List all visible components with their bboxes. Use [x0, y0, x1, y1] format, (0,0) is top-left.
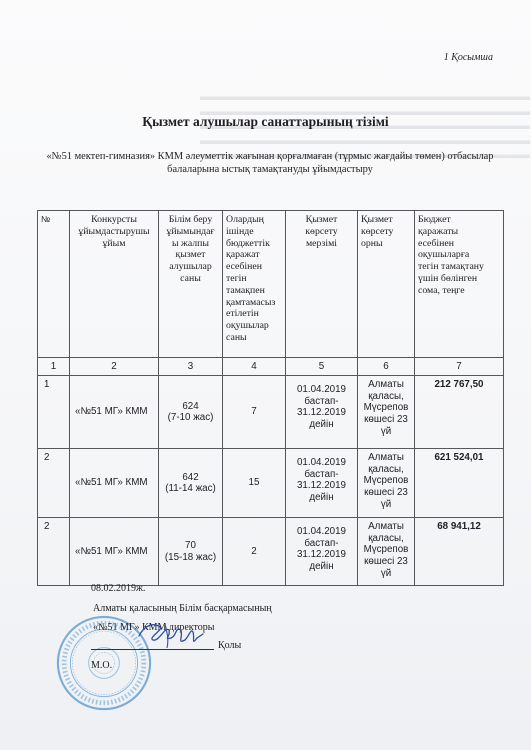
column-number: 7	[415, 358, 504, 376]
handwritten-signature-icon	[135, 614, 205, 654]
header-location: Қызметкөрсетуорны	[358, 211, 415, 358]
row-organizer: «№51 МГ» КММ	[70, 375, 159, 448]
signature-date: 08.02.2019ж.	[91, 583, 145, 594]
table-row: 1 «№51 МГ» КММ 624(7-10 жас) 7 01.04.201…	[38, 375, 504, 448]
signature-label: Қолы	[218, 640, 241, 651]
signature-department: Алматы қаласының Білім басқармасының	[93, 603, 272, 614]
row-total-count: 642(11-14 жас)	[159, 448, 223, 517]
row-location: Алматықаласы,Мүсреповкөшесі 23үй	[358, 375, 415, 448]
header-organizer: Конкурстыұйымдастырушыұйым	[70, 211, 159, 358]
table-row: 2 «№51 МГ» КММ 642(11-14 жас) 15 01.04.2…	[38, 448, 504, 517]
row-no: 2	[38, 517, 70, 585]
column-number-row: 1 2 3 4 5 6 7	[38, 358, 504, 376]
header-period: Қызметкөрсетумерзімі	[286, 211, 358, 358]
row-free-meal-count: 15	[223, 448, 286, 517]
row-period: 01.04.2019бастап-31.12.2019дейін	[286, 517, 358, 585]
service-recipients-table: № Конкурстыұйымдастырушыұйым Білім беруұ…	[37, 210, 504, 586]
row-amount: 212 767,50	[415, 375, 504, 448]
column-number: 4	[223, 358, 286, 376]
column-number: 5	[286, 358, 358, 376]
document-title: Қызмет алушылар санаттарының тізімі	[0, 114, 531, 130]
row-free-meal-count: 7	[223, 375, 286, 448]
row-organizer: «№51 МГ» КММ	[70, 448, 159, 517]
table-header-row: № Конкурстыұйымдастырушыұйым Білім беруұ…	[38, 211, 504, 358]
header-total-count: Білім беруұйымындағы жалпықызметалушылар…	[159, 211, 223, 358]
header-free-meal-count: Олардыңішіндебюджеттікқаражатесебінентег…	[223, 211, 286, 358]
row-total-count: 624(7-10 жас)	[159, 375, 223, 448]
document-page: ▬▬▬▬▬▬▬▬▬▬▬▬▬▬▬▬▬▬▬▬▬▬▬▬▬▬▬▬▬▬▬▬▬▬▬▬▬▬▬▬…	[0, 0, 531, 750]
column-number: 6	[358, 358, 415, 376]
row-total-count: 70(15-18 жас)	[159, 517, 223, 585]
row-amount: 68 941,12	[415, 517, 504, 585]
row-period: 01.04.2019бастап-31.12.2019дейін	[286, 448, 358, 517]
header-amount: Бюджетқаражатыесебіненоқушыларғатегін та…	[415, 211, 504, 358]
column-number: 1	[38, 358, 70, 376]
document-subtitle: «№51 мектеп-гимназия» КММ әлеуметтік жағ…	[40, 150, 500, 176]
row-no: 2	[38, 448, 70, 517]
row-location: Алматықаласы,Мүсреповкөшесі 23үй	[358, 517, 415, 585]
column-number: 2	[70, 358, 159, 376]
header-no: №	[38, 211, 70, 358]
column-number: 3	[159, 358, 223, 376]
row-period: 01.04.2019бастап-31.12.2019дейін	[286, 375, 358, 448]
appendix-label: 1 Қосымша	[444, 52, 493, 63]
seal-label: М.О.	[91, 660, 112, 671]
row-free-meal-count: 2	[223, 517, 286, 585]
row-organizer: «№51 МГ» КММ	[70, 517, 159, 585]
row-amount: 621 524,01	[415, 448, 504, 517]
row-no: 1	[38, 375, 70, 448]
table-row: 2 «№51 МГ» КММ 70(15-18 жас) 2 01.04.201…	[38, 517, 504, 585]
row-location: Алматықаласы,Мүсреповкөшесі 23үй	[358, 448, 415, 517]
